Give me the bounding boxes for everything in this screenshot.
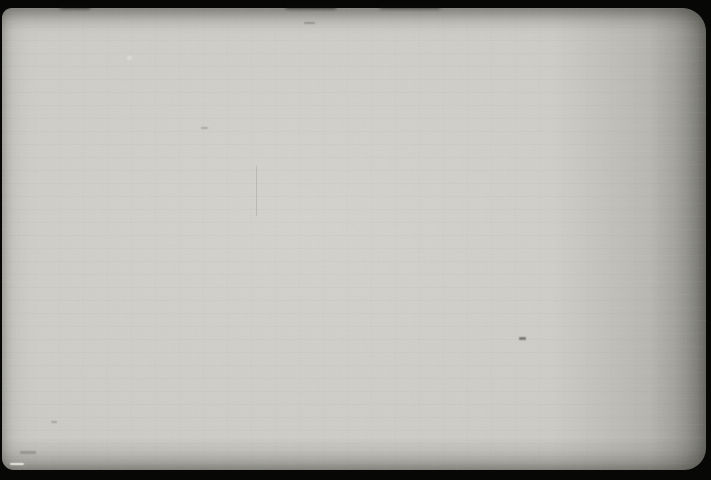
film-frame (0, 0, 711, 480)
emulsion-area (2, 8, 706, 470)
emulsion-streaks (2, 8, 706, 470)
